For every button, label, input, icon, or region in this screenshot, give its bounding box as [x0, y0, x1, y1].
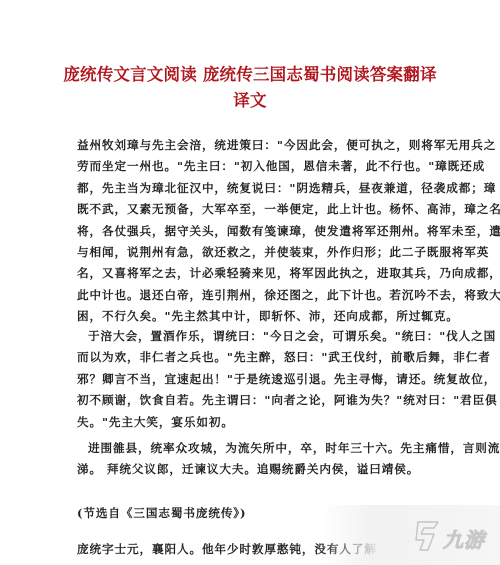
paragraph-3: 进围雒县，统率众攻城，为流矢所中，卒，时年三十六。先主痛惜，言则流 涕。 拜统父…	[77, 438, 437, 481]
text-line: 困，不行久矣。"先主然其中计，即斩怀、沛，还向成都，所过辄克。	[77, 306, 437, 327]
document-page: 庞统传文言文阅读 庞统传三国志蜀书阅读答案翻译 译文 益州牧刘璋与先主会涪，统进…	[0, 0, 500, 565]
article-title: 庞统传文言文阅读 庞统传三国志蜀书阅读答案翻译 译文	[60, 62, 440, 114]
text-line: 此中计也。退还白帝，连引荆州，徐还图之，此下计也。若沉吟不去，将致大	[77, 285, 437, 306]
text-line: 而以为欢，非仁者之兵也。"先主醉，怒曰："武王伐纣，前歌后舞，非仁者	[77, 347, 437, 368]
text-line: 涕。 拜统父议郎，迁谏议大夫。追赐统爵关内侯，谥曰靖侯。	[77, 459, 437, 480]
title-line-2: 译文	[60, 88, 440, 114]
text-line: 初不顾谢，饮食自若。先主谓曰："向者之论，阿谁为失？"统对曰："君臣俱	[77, 390, 437, 411]
text-line: 邪？卿言不当，宜速起出！"于是统逡巡引退。先主寻悔，请还。统复故位，	[77, 369, 437, 390]
text-line: 与相闻，说荆州有急，欲还救之，并使装束，外作归形；此二子既服将军英	[77, 242, 437, 263]
text-line: 劳而坐定一州也。"先主曰："初入他国，恩信未著，此不行也。"璋既还成	[77, 156, 437, 177]
text-line: 既不武，又素无预备，大军卒至，一举便定，此上计也。杨怀、高沛，璋之名	[77, 199, 437, 220]
watermark-text: 九游	[443, 524, 485, 553]
text-line: 失。"先主大笑，宴乐如初。	[77, 412, 437, 433]
text-line: 将，各仗强兵，据守关头，闻数有笺谏璋，使发遣将军还荆州。将军未至，遣	[77, 221, 437, 242]
text-line: 都，先主当为璋北征汉中，统复说曰："阴选精兵，昼夜兼道，径袭成都；璋	[77, 178, 437, 199]
paragraph-1: 益州牧刘璋与先主会涪，统进策曰："今因此会，便可执之，则将军无用兵之 劳而坐定一…	[77, 135, 437, 328]
text-line: 进围雒县，统率众攻城，为流矢所中，卒，时年三十六。先主痛惜，言则流	[77, 438, 437, 459]
text-line: 名，又喜将军之去，计必乘轻骑来见，将军因此执之，进取其兵，乃向成都，	[77, 263, 437, 284]
paragraph-2: 于涪大会，置酒作乐，谓统曰："今日之会，可谓乐矣。"统曰："伐人之国 而以为欢，…	[77, 326, 437, 433]
text-line: 益州牧刘璋与先主会涪，统进策曰："今因此会，便可执之，则将军无用兵之	[77, 135, 437, 156]
title-line-1: 庞统传文言文阅读 庞统传三国志蜀书阅读答案翻译	[60, 62, 440, 88]
text-line: 于涪大会，置酒作乐，谓统曰："今日之会，可谓乐矣。"统曰："伐人之国	[77, 326, 437, 347]
